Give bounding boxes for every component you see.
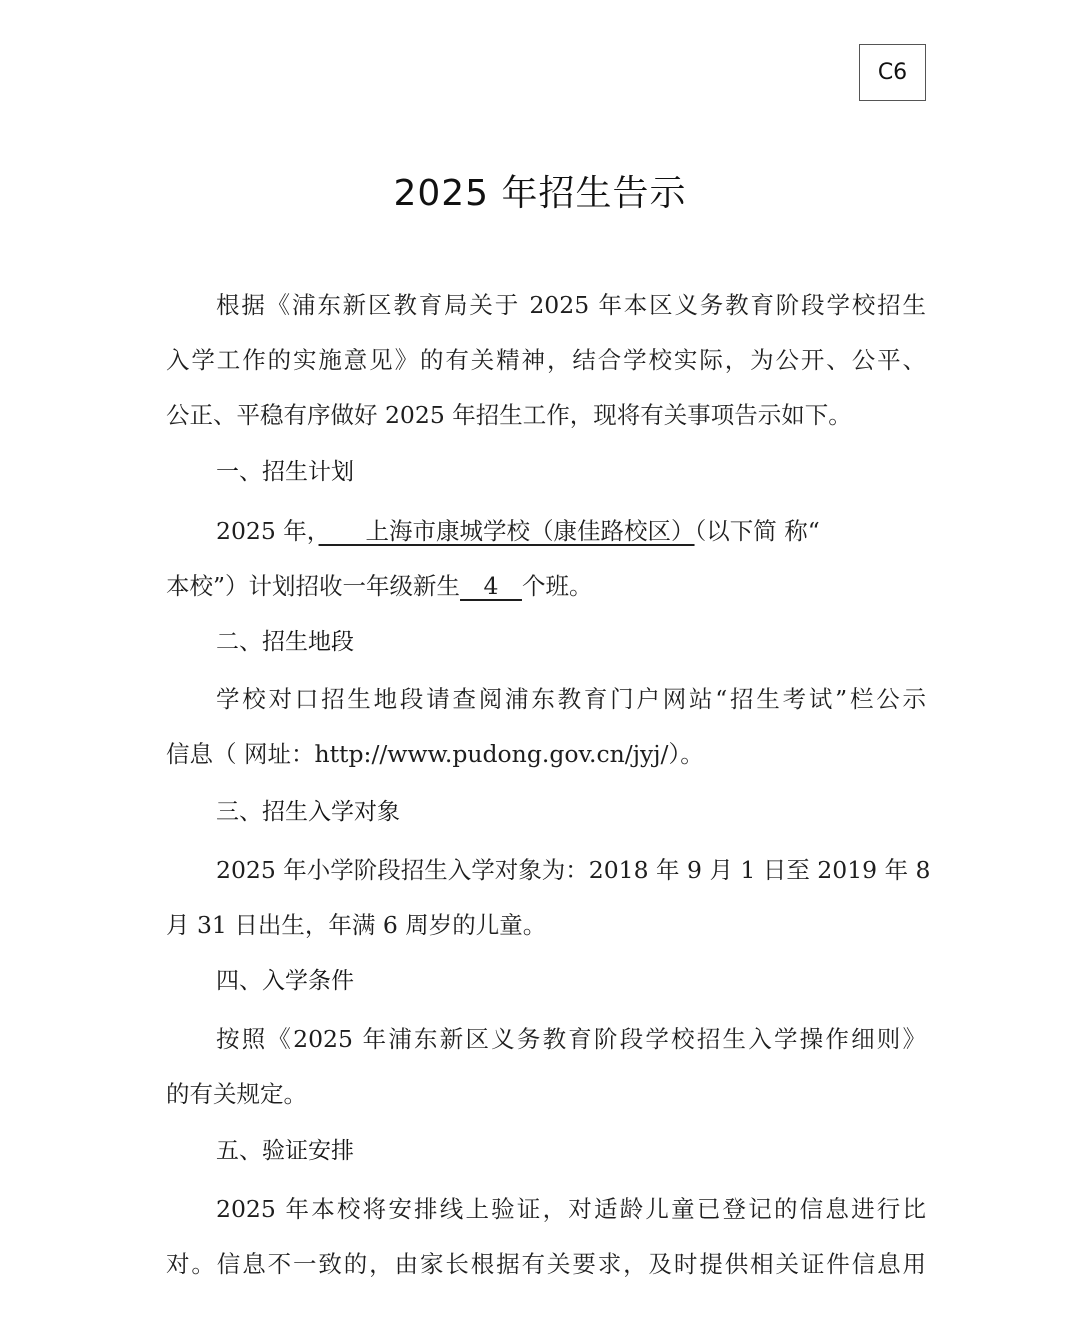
year-prefix: 2025 年，	[216, 517, 319, 545]
intro-line-1: 根据《浦东新区教育局关于 2025 年本区义务教育阶段学校招生	[216, 290, 926, 320]
enrollment-plan-line-1: 2025 年， 上海市康城学校（康佳路校区）（以下简 称“	[216, 516, 926, 546]
verification-line-1: 2025 年本校将安排线上验证，对适龄儿童已登记的信息进行比	[216, 1194, 926, 1224]
document-code-box: C6	[859, 44, 926, 101]
eligible-children-line-2: 月 31 日出生，年满 6 周岁的儿童。	[166, 910, 926, 940]
intro-line-3: 公正、平稳有序做好 2025 年招生工作，现将有关事项告示如下。	[166, 400, 926, 430]
verification-line-2: 对。信息不一致的，由家长根据有关要求，及时提供相关证件信息用	[166, 1249, 926, 1279]
class-count: 4	[460, 572, 522, 600]
section-heading-eligible-children: 三、招生入学对象	[216, 797, 400, 827]
enrollment-area-line-2: 信息（ 网址：http://www.pudong.gov.cn/jyj/）。	[166, 739, 926, 769]
document-code-label: C6	[878, 60, 907, 85]
intro-line-2: 入学工作的实施意见》的有关精神，结合学校实际，为公开、公平、	[166, 345, 926, 375]
eligible-children-line-1: 2025 年小学阶段招生入学对象为：2018 年 9 月 1 日至 2019 年…	[216, 855, 926, 885]
section-heading-verification: 五、验证安排	[216, 1136, 354, 1166]
section-heading-enrollment-plan: 一、招生计划	[216, 457, 354, 487]
admission-conditions-line-2: 的有关规定。	[166, 1079, 926, 1109]
school-name: 上海市康城学校（康佳路校区）	[319, 517, 695, 545]
section-heading-enrollment-area: 二、招生地段	[216, 627, 354, 657]
enrollment-plan-line-2: 本校”）计划招收一年级新生 4 个班。	[166, 571, 926, 601]
class-unit: 个班。	[522, 572, 593, 600]
page-title: 2025 年招生告示	[0, 165, 1080, 216]
section-heading-admission-conditions: 四、入学条件	[216, 966, 354, 996]
plan-text: 本校”）计划招收一年级新生	[166, 572, 460, 600]
abbreviation-note: （以下简 称“	[695, 517, 820, 545]
enrollment-area-line-1: 学校对口招生地段请查阅浦东教育门户网站“招生考试”栏公示	[216, 684, 926, 714]
admission-conditions-line-1: 按照《2025 年浦东新区义务教育阶段学校招生入学操作细则》	[216, 1024, 926, 1054]
